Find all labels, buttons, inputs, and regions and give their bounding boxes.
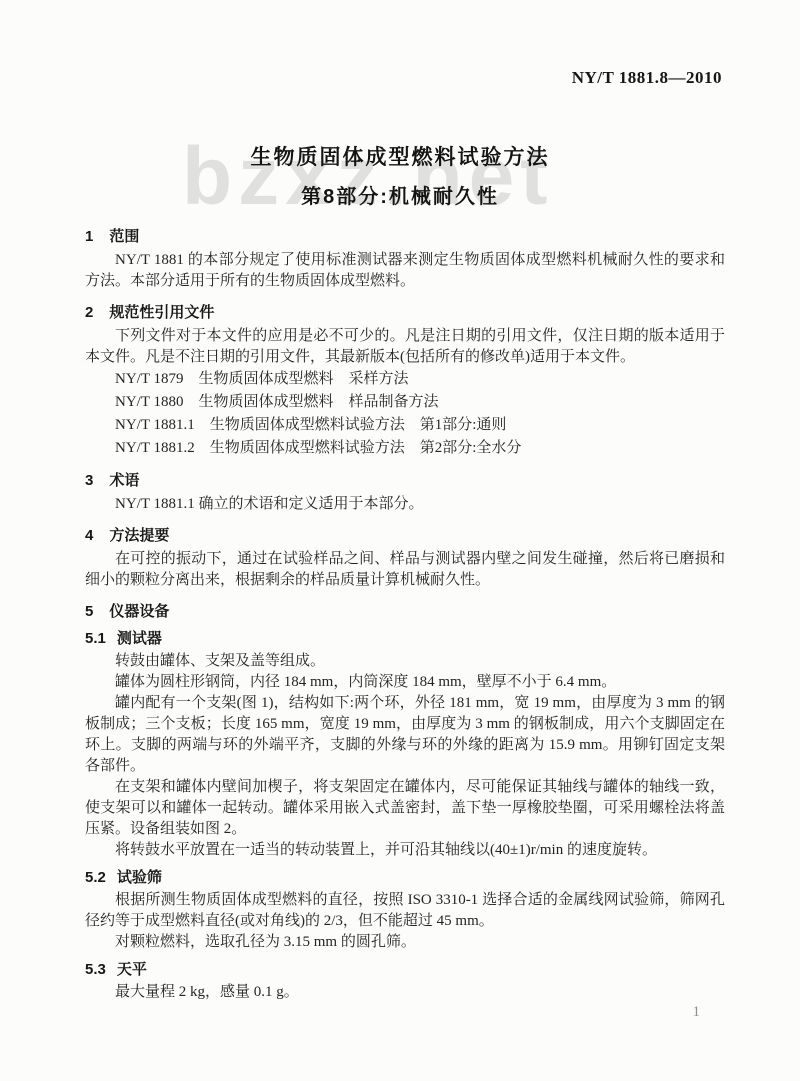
paragraph: 罐体为圆柱形钢筒，内径 184 mm，内筒深度 184 mm，壁厚不小于 6.4… [85,672,725,693]
section-title: 术语 [109,472,139,489]
section-title: 试验筛 [117,869,162,886]
section-number: 5 [85,603,93,620]
section-heading-5: 5仪器设备 [85,601,725,622]
paragraph: 转鼓由罐体、支架及盖等组成。 [85,651,725,672]
paragraph: 在可控的振动下，通过在试验样品之间、样品与测试器内壁之间发生碰撞，然后将已磨损和… [85,549,725,591]
section-heading-3: 3术语 [85,470,725,491]
section-title: 方法提要 [109,527,169,544]
section-title: 天平 [117,961,147,978]
section-title: 范围 [109,228,139,245]
section-heading-5.3: 5.3天平 [85,959,725,980]
section-heading-4: 4方法提要 [85,525,725,546]
paragraph: 罐内配有一个支架(图 1)，结构如下:两个环，外径 181 mm，宽 19 mm… [85,693,725,777]
paragraph: 将转鼓水平放置在一适当的转动装置上，并可沿其轴线以(40±1)r/min 的速度… [85,840,725,861]
section-number: 4 [85,527,93,544]
section-number: 2 [85,304,93,321]
paragraph: 根据所测生物质固体成型燃料的直径，按照 ISO 3310-1 选择合适的金属线网… [85,890,725,932]
section-heading-5.1: 5.1测试器 [85,628,725,649]
paragraph: 对颗粒燃料，选取孔径为 3.15 mm 的圆孔筛。 [85,932,725,953]
paragraph: 在支架和罐体内壁间加楔子，将支架固定在罐体内，尽可能保证其轴线与罐体的轴线一致，… [85,777,725,840]
page-number: 1 [693,1004,701,1021]
document-title-line1: 生物质固体成型燃料试验方法 [0,141,800,171]
paragraph: 最大量程 2 kg，感量 0.1 g。 [85,982,725,1003]
reference-item: NY/T 1881.2 生物质固体成型燃料试验方法 第2部分:全水分 [85,437,725,460]
section-number: 1 [85,228,93,245]
document-title-line2: 第8部分:机械耐久性 [0,180,800,209]
section-number: 3 [85,472,93,489]
section-title: 测试器 [117,630,162,647]
standard-number: NY/T 1881.8—2010 [572,68,722,88]
section-title: 仪器设备 [109,603,169,620]
reference-item: NY/T 1881.1 生物质固体成型燃料试验方法 第1部分:通则 [85,414,725,437]
section-number: 5.2 [85,869,106,886]
reference-item: NY/T 1879 生物质固体成型燃料 采样方法 [85,368,725,391]
section-heading-1: 1范围 [85,226,725,247]
section-number: 5.3 [85,961,106,978]
section-number: 5.1 [85,630,106,647]
scanned-document-page: bzxz.net NY/T 1881.8—2010 生物质固体成型燃料试验方法 … [0,0,800,1081]
paragraph: 下列文件对于本文件的应用是必不可少的。凡是注日期的引用文件，仅注日期的版本适用于… [85,326,725,368]
reference-item: NY/T 1880 生物质固体成型燃料 样品制备方法 [85,391,725,414]
document-body: 1范围NY/T 1881 的本部分规定了使用标准测试器来测定生物质固体成型燃料机… [85,216,725,1003]
section-title: 规范性引用文件 [109,304,214,321]
paragraph: NY/T 1881 的本部分规定了使用标准测试器来测定生物质固体成型燃料机械耐久… [85,250,725,292]
section-heading-5.2: 5.2试验筛 [85,867,725,888]
paragraph: NY/T 1881.1 确立的术语和定义适用于本部分。 [85,494,725,515]
section-heading-2: 2规范性引用文件 [85,302,725,323]
document-title: 生物质固体成型燃料试验方法 第8部分:机械耐久性 [0,141,800,209]
